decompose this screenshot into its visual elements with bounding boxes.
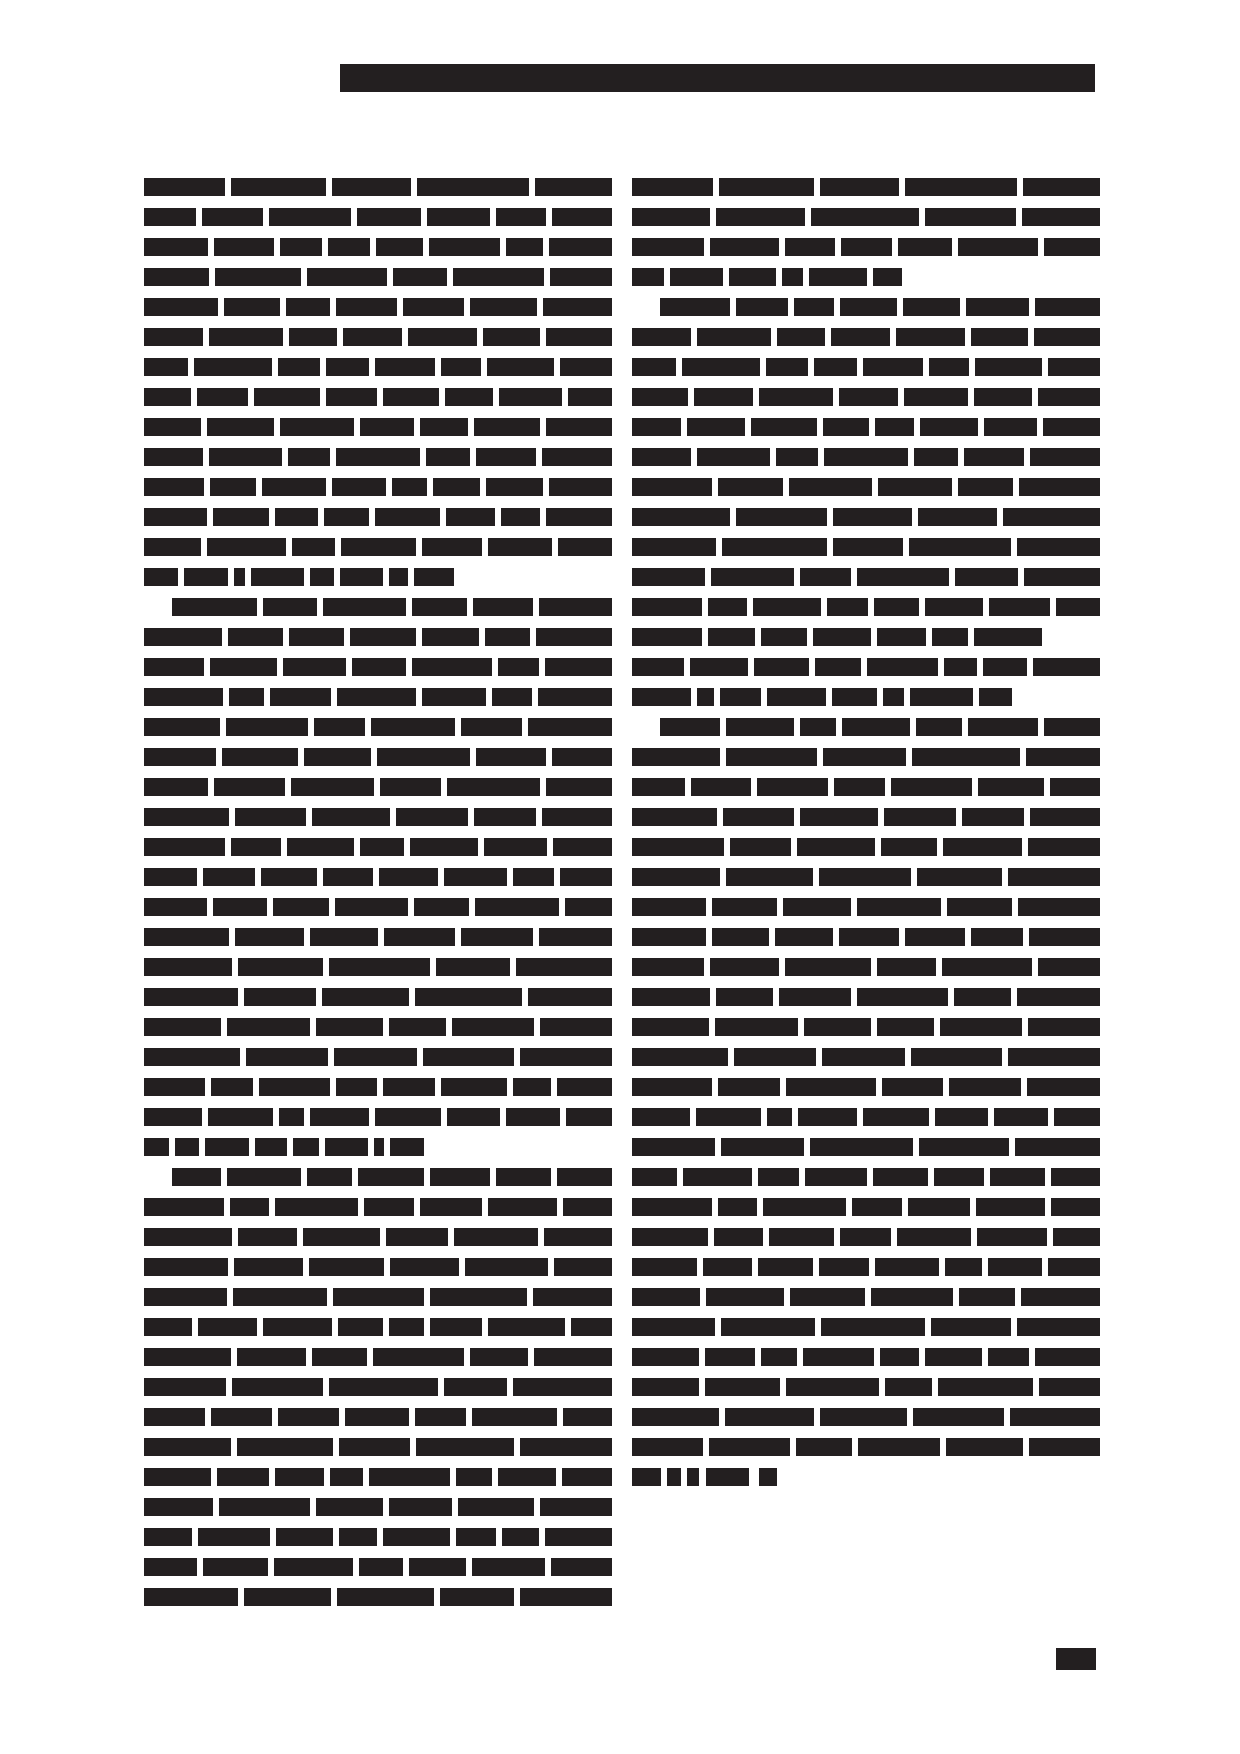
text-line xyxy=(632,1348,1100,1366)
text-line xyxy=(632,598,1100,616)
text-line xyxy=(632,1438,1100,1456)
text-line xyxy=(144,1108,612,1126)
text-line xyxy=(632,808,1100,826)
text-line xyxy=(144,508,612,526)
text-line xyxy=(144,1408,612,1426)
text-line xyxy=(144,1198,612,1216)
text-line xyxy=(632,1078,1100,1096)
text-line xyxy=(632,868,1100,886)
text-line xyxy=(144,178,612,196)
text-line xyxy=(632,448,1100,466)
document-page xyxy=(0,0,1240,1754)
text-line xyxy=(632,928,1100,946)
text-line xyxy=(632,538,1100,556)
text-line xyxy=(144,268,612,286)
text-line xyxy=(144,238,612,256)
text-line xyxy=(632,1258,1100,1276)
text-line xyxy=(632,328,1100,346)
text-line xyxy=(144,718,612,736)
text-line xyxy=(144,1378,612,1396)
text-line xyxy=(632,418,1100,436)
text-line xyxy=(144,688,612,706)
page-number xyxy=(1056,1648,1096,1670)
text-line xyxy=(144,1018,612,1036)
text-line xyxy=(632,1468,777,1486)
text-line xyxy=(632,1138,1100,1156)
text-line xyxy=(144,1048,612,1066)
text-line xyxy=(632,568,1100,586)
text-line xyxy=(632,1408,1100,1426)
text-line xyxy=(632,1318,1100,1336)
text-line xyxy=(632,1228,1100,1246)
text-line xyxy=(632,898,1100,916)
text-line xyxy=(144,658,612,676)
text-line xyxy=(144,1258,612,1276)
text-line xyxy=(660,298,1100,316)
text-line xyxy=(144,328,612,346)
text-line xyxy=(144,1348,612,1366)
text-line xyxy=(144,478,612,496)
text-line xyxy=(144,1318,612,1336)
text-line xyxy=(144,388,612,406)
text-line xyxy=(144,868,612,886)
text-line xyxy=(144,808,612,826)
text-line xyxy=(632,1378,1100,1396)
text-line xyxy=(144,208,612,226)
text-line xyxy=(144,1468,612,1486)
text-line xyxy=(632,1108,1100,1126)
text-line xyxy=(144,898,612,916)
text-line xyxy=(632,1198,1100,1216)
text-line xyxy=(632,388,1100,406)
text-line xyxy=(144,538,612,556)
text-line xyxy=(632,238,1100,256)
text-line xyxy=(144,1588,612,1606)
text-line xyxy=(144,1558,612,1576)
text-line xyxy=(144,568,454,586)
text-line xyxy=(632,988,1100,1006)
text-line xyxy=(632,508,1100,526)
text-line xyxy=(144,418,612,436)
text-line xyxy=(632,838,1100,856)
text-line xyxy=(632,748,1100,766)
text-line xyxy=(632,178,1100,196)
text-line xyxy=(172,1168,612,1186)
text-line xyxy=(632,958,1100,976)
text-line xyxy=(144,1498,612,1516)
text-line xyxy=(144,298,612,316)
text-line xyxy=(144,748,612,766)
section-heading-bar xyxy=(632,688,1012,706)
text-line xyxy=(144,988,612,1006)
text-line xyxy=(660,718,1100,736)
text-line xyxy=(144,778,612,796)
text-line xyxy=(632,658,1100,676)
text-line xyxy=(144,958,612,976)
text-line xyxy=(632,1018,1100,1036)
text-line xyxy=(144,1078,612,1096)
text-line xyxy=(632,1168,1100,1186)
running-head xyxy=(340,64,1095,92)
text-line xyxy=(632,778,1100,796)
text-line xyxy=(632,268,902,286)
text-line xyxy=(632,208,1100,226)
text-line xyxy=(144,1138,424,1156)
text-line xyxy=(632,1048,1100,1066)
text-line xyxy=(144,448,612,466)
text-line xyxy=(144,1438,612,1456)
text-line xyxy=(632,1288,1100,1306)
text-line xyxy=(144,928,612,946)
text-line xyxy=(144,358,612,376)
text-line xyxy=(172,598,612,616)
text-line xyxy=(632,628,1042,646)
text-line xyxy=(144,1528,612,1546)
text-line xyxy=(144,1288,612,1306)
text-line xyxy=(632,358,1100,376)
text-line xyxy=(144,838,612,856)
text-line xyxy=(632,478,1100,496)
text-line xyxy=(144,1228,612,1246)
text-line xyxy=(144,628,612,646)
